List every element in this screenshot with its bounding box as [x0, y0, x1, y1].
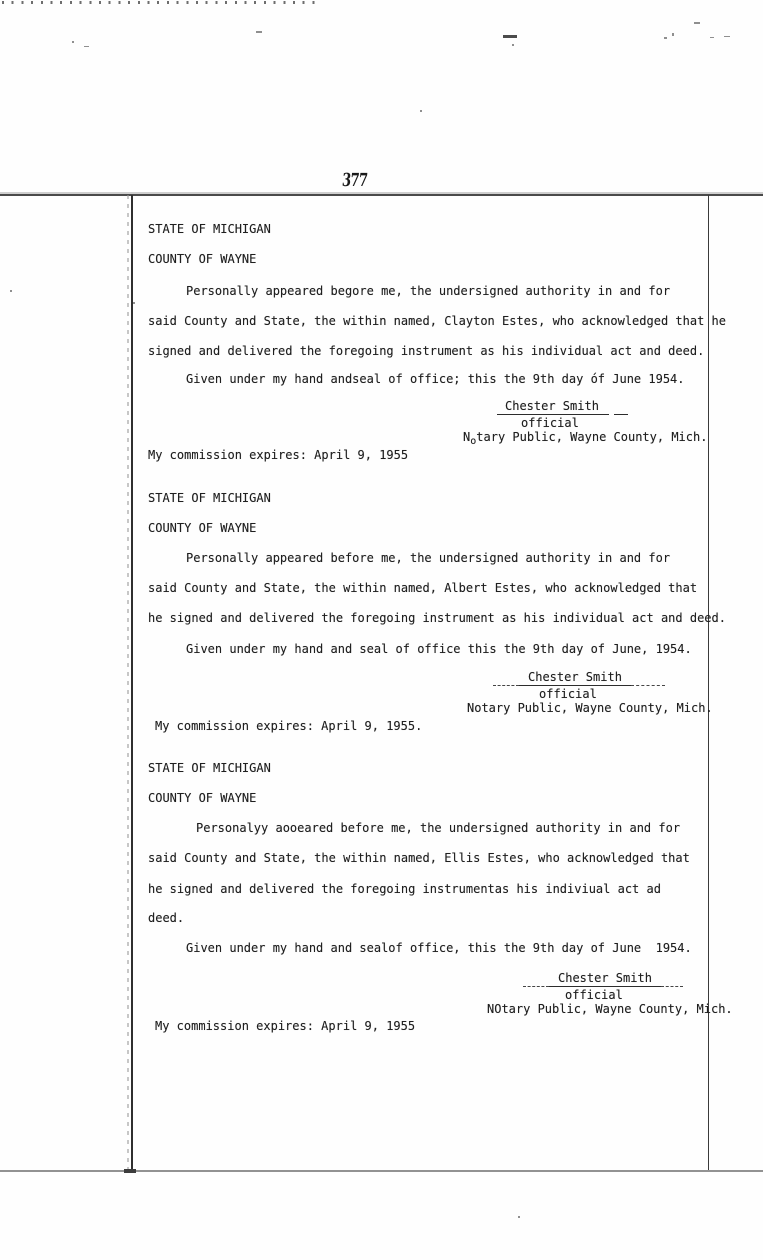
scan-speck — [664, 37, 667, 39]
scan-speck — [512, 44, 514, 46]
county-line: COUNTY OF WAYNE — [148, 521, 256, 535]
body-line: he signed and delivered the foregoing in… — [148, 882, 661, 896]
underline-segment — [493, 672, 519, 686]
notary-subscript: o — [470, 435, 476, 449]
notary-text: Notary Public, Wayne County, Mich. — [467, 701, 713, 715]
body-line: Personally appeared before me, the under… — [186, 551, 670, 565]
notary-text: tary Public, Wayne County, Mich. — [476, 430, 707, 444]
bottom-rule-mark — [124, 1169, 136, 1173]
signature-line: Chester Smith — [497, 399, 628, 415]
notary-text: NOtary Public, Wayne County, Mich. — [487, 1002, 733, 1016]
scan-speck — [503, 35, 517, 38]
page-number: 377 — [341, 170, 368, 191]
top-rule — [0, 194, 763, 196]
body-line: Personally appeared begore me, the under… — [186, 284, 670, 298]
underline-segment — [631, 672, 665, 686]
body-line: Personalyy aooeared before me, the under… — [196, 821, 680, 835]
body-line: he signed and delivered the foregoing in… — [148, 611, 726, 625]
signature-line: Chester Smith — [493, 670, 665, 686]
scan-speck — [10, 290, 12, 292]
underline-segment — [614, 401, 628, 415]
state-line: STATE OF MICHIGAN — [148, 761, 271, 775]
body-line: deed. — [148, 911, 184, 925]
body-line: said County and State, the within named,… — [148, 851, 690, 865]
scan-speck — [256, 31, 262, 33]
underline-segment — [661, 973, 683, 987]
commission-line: My commission expires: April 9, 1955 — [148, 448, 408, 462]
bottom-rule — [0, 1170, 763, 1172]
county-line: COUNTY OF WAYNE — [148, 252, 256, 266]
given-line: Given under my hand and seal of office t… — [186, 642, 692, 656]
state-line: STATE OF MICHIGAN — [148, 491, 271, 505]
scan-speck — [672, 33, 674, 36]
state-line: STATE OF MICHIGAN — [148, 222, 271, 236]
body-line: said County and State, the within named,… — [148, 314, 726, 328]
scan-speck — [72, 41, 74, 43]
commission-line: My commission expires: April 9, 1955. — [155, 719, 422, 733]
notary-line: Notary Public, Wayne County, Mich. — [463, 430, 707, 446]
scan-speck — [518, 1216, 520, 1218]
underline-segment — [523, 973, 549, 987]
county-line: COUNTY OF WAYNE — [148, 791, 256, 805]
scanned-document-page: 377 STATE OF MICHIGAN COUNTY OF WAYNE Pe… — [0, 0, 763, 1260]
left-rule-fuzz — [127, 195, 129, 1171]
signature-title: official — [565, 988, 623, 1002]
notary-text: N — [463, 430, 470, 444]
given-line: Given under my hand and sealof office, t… — [186, 941, 692, 955]
scan-speck — [84, 46, 89, 47]
left-rule — [131, 195, 133, 1171]
notary-line: Notary Public, Wayne County, Mich. — [467, 701, 713, 715]
signature-name: Chester Smith — [549, 971, 661, 987]
signature-title: official — [521, 416, 579, 430]
right-rule — [708, 195, 709, 1171]
scan-dotted-edge — [2, 1, 320, 4]
commission-line: My commission expires: April 9, 1955 — [155, 1019, 415, 1033]
body-line: said County and State, the within named,… — [148, 581, 697, 595]
signature-title: official — [539, 687, 597, 701]
body-line: signed and delivered the foregoing instr… — [148, 344, 704, 358]
scan-speck — [724, 36, 730, 37]
scan-speck — [710, 37, 714, 38]
signature-line: Chester Smith — [523, 971, 683, 987]
signature-name: Chester Smith — [519, 670, 631, 686]
scan-speck — [133, 302, 135, 304]
notary-line: NOtary Public, Wayne County, Mich. — [487, 1002, 733, 1016]
scan-speck — [694, 22, 700, 24]
given-line: Given under my hand andseal of office; t… — [186, 372, 685, 386]
scan-speck — [420, 110, 422, 112]
signature-name: Chester Smith — [497, 399, 609, 415]
